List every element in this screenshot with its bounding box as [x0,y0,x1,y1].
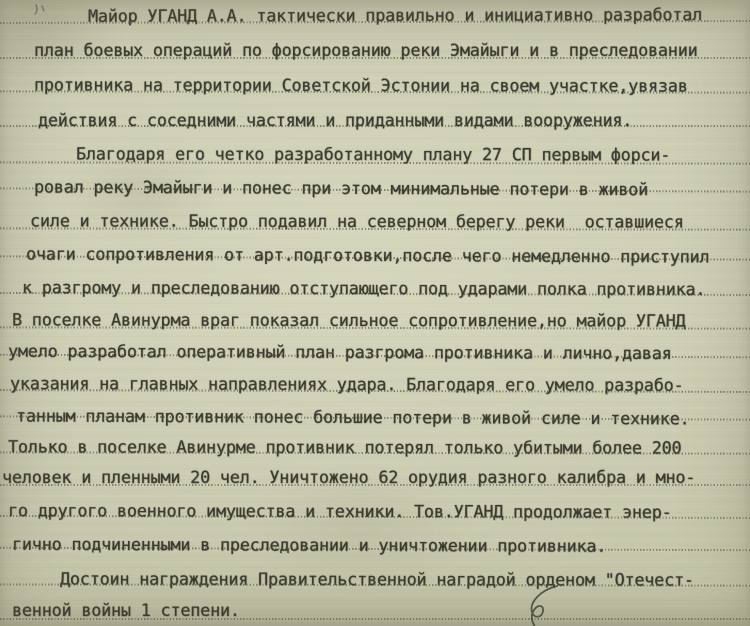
typewritten-text: Достоин награждения Правительственной на… [60,567,694,590]
text-line: танным планам противник понес большие по… [0,404,750,435]
text-line: человек и пленными 20 чел. Уничтожено 62… [0,466,750,494]
text-line: к разгрому и преследованию отступающего … [0,276,750,306]
text-line: гично подчиненными в преследовании и уни… [0,533,750,564]
text-line: В поселке Авинурма враг показал сильное … [0,308,750,337]
typewritten-text: венной войны 1 степени. [12,599,240,621]
text-line: действия с соседними частями и приданным… [0,109,750,137]
typewritten-text: указания на главных направлениях удара. … [10,372,683,396]
text-line: указания на главных направлениях удара. … [0,372,750,402]
text-line: ровал реку Эмайыги и понес при этом мини… [0,175,750,206]
typewritten-text: противника на территории Советской Эстон… [34,73,688,96]
text-line: Достоин награждения Правительственной на… [0,567,750,596]
text-line: план боевых операций по форсированию рек… [0,39,750,67]
typewritten-text: го другого военного имущества и техники.… [8,499,672,523]
typewritten-text: Майор УГАНД А.А. тактически правильно и … [88,3,702,27]
text-line: умело разработал оперативный план разгро… [0,340,750,371]
text-line: Майор УГАНД А.А. тактически правильно и … [0,3,750,33]
scanned-document-page: Майор УГАНД А.А. тактически правильно и … [0,0,750,626]
typewritten-text: Только в поселке Авинурме противник поте… [8,435,681,458]
text-line: венной войны 1 степени. [0,599,750,626]
text-line: Только в поселке Авинурме противник поте… [0,435,750,464]
text-line: силе и технике. Быстро подавил на северн… [0,209,750,238]
text-line: противника на территории Советской Эстон… [0,73,750,102]
typewritten-text: гично подчиненными в преследовании и уни… [12,533,606,557]
document-lines: Майор УГАНД А.А. тактически правильно и … [0,0,750,626]
text-line: очаги сопротивления от арт.подготовки,по… [0,242,750,273]
typewritten-text: В поселке Авинурма враг показал сильное … [12,308,685,331]
text-line: Благодаря его четко разработанному плану… [0,142,750,171]
typewritten-text: умело разработал оперативный план разгро… [8,340,672,364]
typewritten-text: Благодаря его четко разработанному плану… [76,142,670,165]
typewritten-text: человек и пленными 20 чел. Уничтожено 62… [2,466,695,488]
typewritten-text: ровал реку Эмайыги и понес при этом мини… [34,176,648,201]
typewritten-text: очаги сопротивления от арт.подготовки,по… [26,242,709,267]
typewritten-text: танным планам противник понес большие по… [16,404,690,429]
typewritten-text: действия с соседними частями и приданным… [38,109,632,131]
typewritten-text: к разгрому и преследованию отступающего … [22,276,705,300]
text-line: го другого военного имущества и техники.… [0,499,750,529]
typewritten-text: план боевых операций по форсированию рек… [34,39,698,61]
typewritten-text: силе и технике. Быстро подавил на северн… [30,209,684,232]
